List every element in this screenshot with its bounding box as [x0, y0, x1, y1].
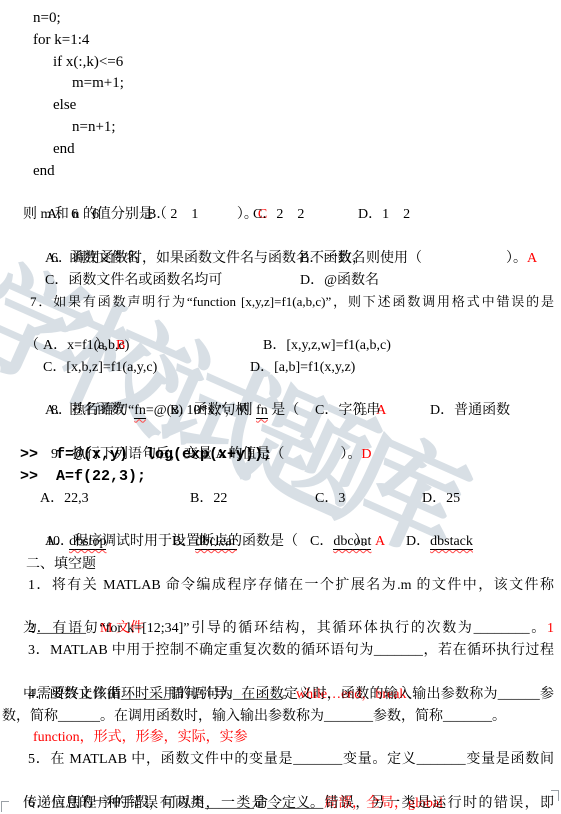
fill1-line2: 为_______。M 文件 — [0, 597, 561, 619]
fill1-line1: 1．将有关 MATLAB 命令编成程序存储在一个扩展名为.m 的文件中，该文件称 — [0, 575, 561, 597]
option-d-label: D． — [406, 534, 430, 549]
question10-options: A．dbstop B．dbclear C．dbcont D．dbstack — [0, 531, 561, 553]
option-b-word: dbclear — [195, 534, 236, 550]
code-line-2: for k=1:4 — [0, 30, 561, 52]
option-a: A．22,3 — [40, 488, 89, 510]
text-boundary-mark-bottom-left — [1, 801, 9, 812]
fill4-line1: 4．函数文件由_______语句引导。在函数定义时，函数的输入输出参数称为___… — [0, 684, 561, 706]
option-b: B．22 — [190, 488, 227, 510]
option-d: D．[a,b]=f1(x,y,z) — [250, 357, 355, 379]
question7-stem-line1: 7．如果有函数声明行为“function [x,y,z]=f1(a,b,c)”，… — [0, 291, 561, 313]
question6-options-ab: A．函数文件名 B．函数名 — [0, 248, 561, 270]
question10-stem-line: 10．程序调试时用于设置断点的函数是（ ）。A — [0, 509, 561, 531]
option-a: A．dbstop — [45, 531, 106, 553]
option-b: B．[x,y,z,w]=f1(a,b,c) — [263, 335, 391, 357]
question6-stem-line: 6．调用函数时，如果函数文件名与函数名不一致，则使用（ ）。A — [0, 226, 561, 248]
question6-options-cd: C．函数文件名或函数名均可 D．@函数名 — [0, 270, 561, 292]
fill5-line1: 5．在 MATLAB 中，函数文件中的变量是_______变量。定义______… — [0, 749, 561, 771]
question9-stem-line: 9．执行下列语句后，变量 A 的值是（ ）。D — [0, 422, 561, 444]
option-a-word: dbstop — [69, 534, 106, 550]
option-c: C．函数文件名或函数名均可 — [45, 270, 222, 292]
option-a: A．匿名函数 — [45, 400, 125, 422]
option-c-label: C． — [310, 534, 333, 549]
question5-options: A．6 6 B．2 1 C．2 2 D．1 2 — [0, 204, 561, 226]
text-boundary-mark-bottom-right — [551, 790, 559, 801]
fill6-line1: 6．应用程序的错误有两类，一类是________错误，另一类是运行时的错误，即 — [0, 793, 561, 814]
option-a: A．函数文件名 — [45, 248, 139, 270]
question8-options: A．匿名函数 B．函数句柄 C．字符串 D．普通函数 — [0, 400, 561, 422]
option-d: D．25 — [422, 488, 460, 510]
option-b: B．函数句柄 — [170, 400, 249, 422]
console-code-line-2: >> A=f(22,3); — [0, 466, 561, 488]
answer-key-q9: D — [361, 447, 371, 462]
document-content: n=0; for k=1:4 if x(:,k)<=6 m=m+1; else … — [0, 0, 561, 814]
option-a-label: A． — [45, 534, 69, 549]
option-c: C．dbcont — [310, 531, 371, 553]
question9-options: A．22,3 B．22 C．3 D．25 — [0, 488, 561, 510]
fill3-line2: 中需要终止该循环时采用的语句为_______。while…end，break — [0, 662, 561, 684]
question8-stem-line: 8．执行语句“fn=@(x) 10*x;”，则 fn 是（ ）。A — [0, 379, 561, 401]
code-line-5: else — [0, 95, 561, 117]
option-d: D．1 2 — [358, 204, 410, 226]
option-b: B．2 1 — [147, 204, 198, 226]
option-c: C．字符串 — [315, 400, 380, 422]
code-line-7: end — [0, 139, 561, 161]
fill4-answer: function，形式，形参，实际，实参 — [0, 727, 561, 749]
fill4-line2: 数，简称______。在调用函数时，输入输出参数称为_______参数，简称__… — [0, 706, 561, 728]
option-b-label: B． — [172, 534, 195, 549]
question5-stem-line: 则 m 和 n 的值分别是（ ）。C — [0, 182, 561, 204]
option-a: A．x=f1(a,b,c) — [43, 335, 129, 357]
option-d: D．dbstack — [406, 531, 473, 553]
option-d-word: dbstack — [430, 534, 473, 550]
fill2-answer: 1 — [547, 621, 554, 636]
option-d: D．@函数名 — [300, 270, 379, 292]
document-page: 学校试题库 n=0; for k=1:4 if x(:,k)<=6 m=m+1;… — [0, 0, 561, 814]
question7-options-cd: C．[x,b,z]=f1(a,y,c) D．[a,b]=f1(x,y,z) — [0, 357, 561, 379]
code-line-4: m=m+1; — [0, 73, 561, 95]
option-c: C．2 2 — [253, 204, 304, 226]
option-b: B．函数名 — [300, 248, 365, 270]
question7-options-ab: A．x=f1(a,b,c) B．[x,y,z,w]=f1(a,b,c) — [0, 335, 561, 357]
option-c: C．[x,b,z]=f1(a,y,c) — [43, 357, 157, 379]
code-line-1: n=0; — [0, 8, 561, 30]
code-line-6: n=n+1; — [0, 117, 561, 139]
option-d: D．普通函数 — [430, 400, 510, 422]
section-title-fill-in: 二、填空题 — [0, 553, 561, 575]
option-c: C．3 — [315, 488, 345, 510]
option-a: A．6 6 — [47, 204, 99, 226]
code-line-3: if x(:,k)<=6 — [0, 52, 561, 74]
code-line-8: end — [0, 161, 561, 183]
fill2-text: 2．有语句“for k=[12;34]”引导的循环结构，其循环体执行的次数为__… — [28, 621, 547, 636]
fill2-line: 2．有语句“for k=[12;34]”引导的循环结构，其循环体执行的次数为__… — [0, 618, 561, 640]
option-b: B．dbclear — [172, 531, 237, 553]
fill5-line2: 传递信息的一种手段，可以用_______命令定义。局部，全局，global — [0, 771, 561, 793]
option-c-word: dbcont — [333, 534, 371, 550]
question7-stem-line2: （ ）。B — [0, 313, 561, 335]
fill3-line1: 3．MATLAB 中用于控制不确定重复次数的循环语句为_______，若在循环执… — [0, 640, 561, 662]
